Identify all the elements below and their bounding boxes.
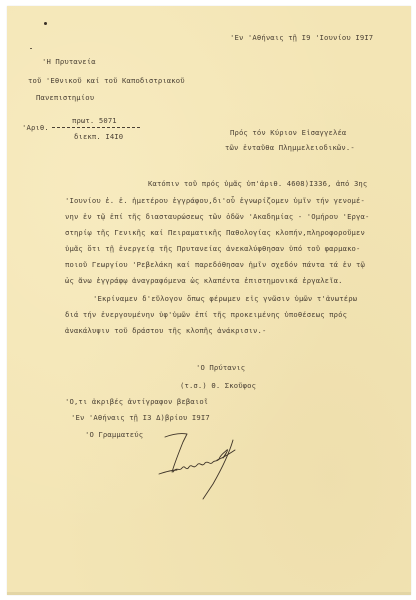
reference-dispatch: διεκπ. I4I0 xyxy=(74,133,123,140)
body-line: ποιοῦ Γεωργίου 'Ρεβελάκη καί παρεδόθησαν… xyxy=(65,261,365,268)
body-line: 'Εκρίναμεν δ'εὔλογον ὅπως φέρωμεν εἰς γν… xyxy=(93,295,357,302)
body-line: διά τήν ἐνεργουμένην ὑφ'ὑμῶν ἐπί τῆς προ… xyxy=(65,311,347,318)
paper-bottom-edge xyxy=(7,592,411,595)
date-line: 'Εν 'Αθήναις τῇ I9 'Ιουνίου I9I7 xyxy=(230,34,373,41)
body-line: ἀνακάλυψιν τοῦ δράστου τῆς κλοπῆς ἀνάκρι… xyxy=(65,327,266,334)
certification-line-2: 'Εν 'Αθήναις τῇ I3 Δ)βρίου I9I7 xyxy=(71,414,210,421)
handwritten-signature-icon xyxy=(155,432,255,502)
body-line: στηρίῳ τῆς Γενικῆς καί Πειραματικῆς Παθο… xyxy=(65,229,365,236)
sender-line-2: τοῦ 'Εθνικοῦ καί τοῦ Καποδιστριακοῦ xyxy=(28,77,185,84)
closing-signed: (τ.σ.) Θ. Σκοῦφος xyxy=(180,382,256,389)
body-line: 'Ιουνίου ἐ. ἐ. ἡμετέρου ἐγγράφου,δι'οὗ ἐ… xyxy=(65,197,365,204)
body-line: ὑμᾶς ὅτι τῇ ἐνεργείᾳ τῆς Πρυτανείας ἀνεκ… xyxy=(65,245,361,252)
recipient-line-1: Πρός τόν Κύριον Εἰσαγγελέα xyxy=(230,129,346,136)
ink-speck xyxy=(30,48,32,49)
sender-line-3: Πανεπιστημίου xyxy=(36,94,94,101)
body-line: Κατόπιν τοῦ πρός ὑμᾶς ὑπ'ἀριθ. 4608)I336… xyxy=(148,180,367,187)
certification-line-1: 'Ο,τι ἀκριβές ἀντίγραφον βεβαιοῖ xyxy=(65,398,208,405)
body-line: ὡς ἄνω ἐγγράφῳ ἀναγραφόμενα ὡς κλαπέντα … xyxy=(65,277,343,284)
reference-divider xyxy=(52,127,140,128)
ink-speck xyxy=(44,22,47,25)
recipient-line-2: τῶν ἐνταῦθα Πλημμελειοδικῶν.- xyxy=(225,144,355,151)
reference-protocol: πρωτ. 5071 xyxy=(72,117,117,124)
body-line: νην ἐν τῷ ἐπί τῆς διασταυρώσεως τῶν ὁδῶν… xyxy=(65,213,369,220)
reference-label: 'Αριθ. xyxy=(22,124,49,131)
certification-line-3: 'Ο Γραμματεύς xyxy=(85,431,143,438)
closing-title: 'Ο Πρύτανις xyxy=(196,364,245,371)
sender-line-1: 'Η Πρυτανεία xyxy=(42,58,96,65)
